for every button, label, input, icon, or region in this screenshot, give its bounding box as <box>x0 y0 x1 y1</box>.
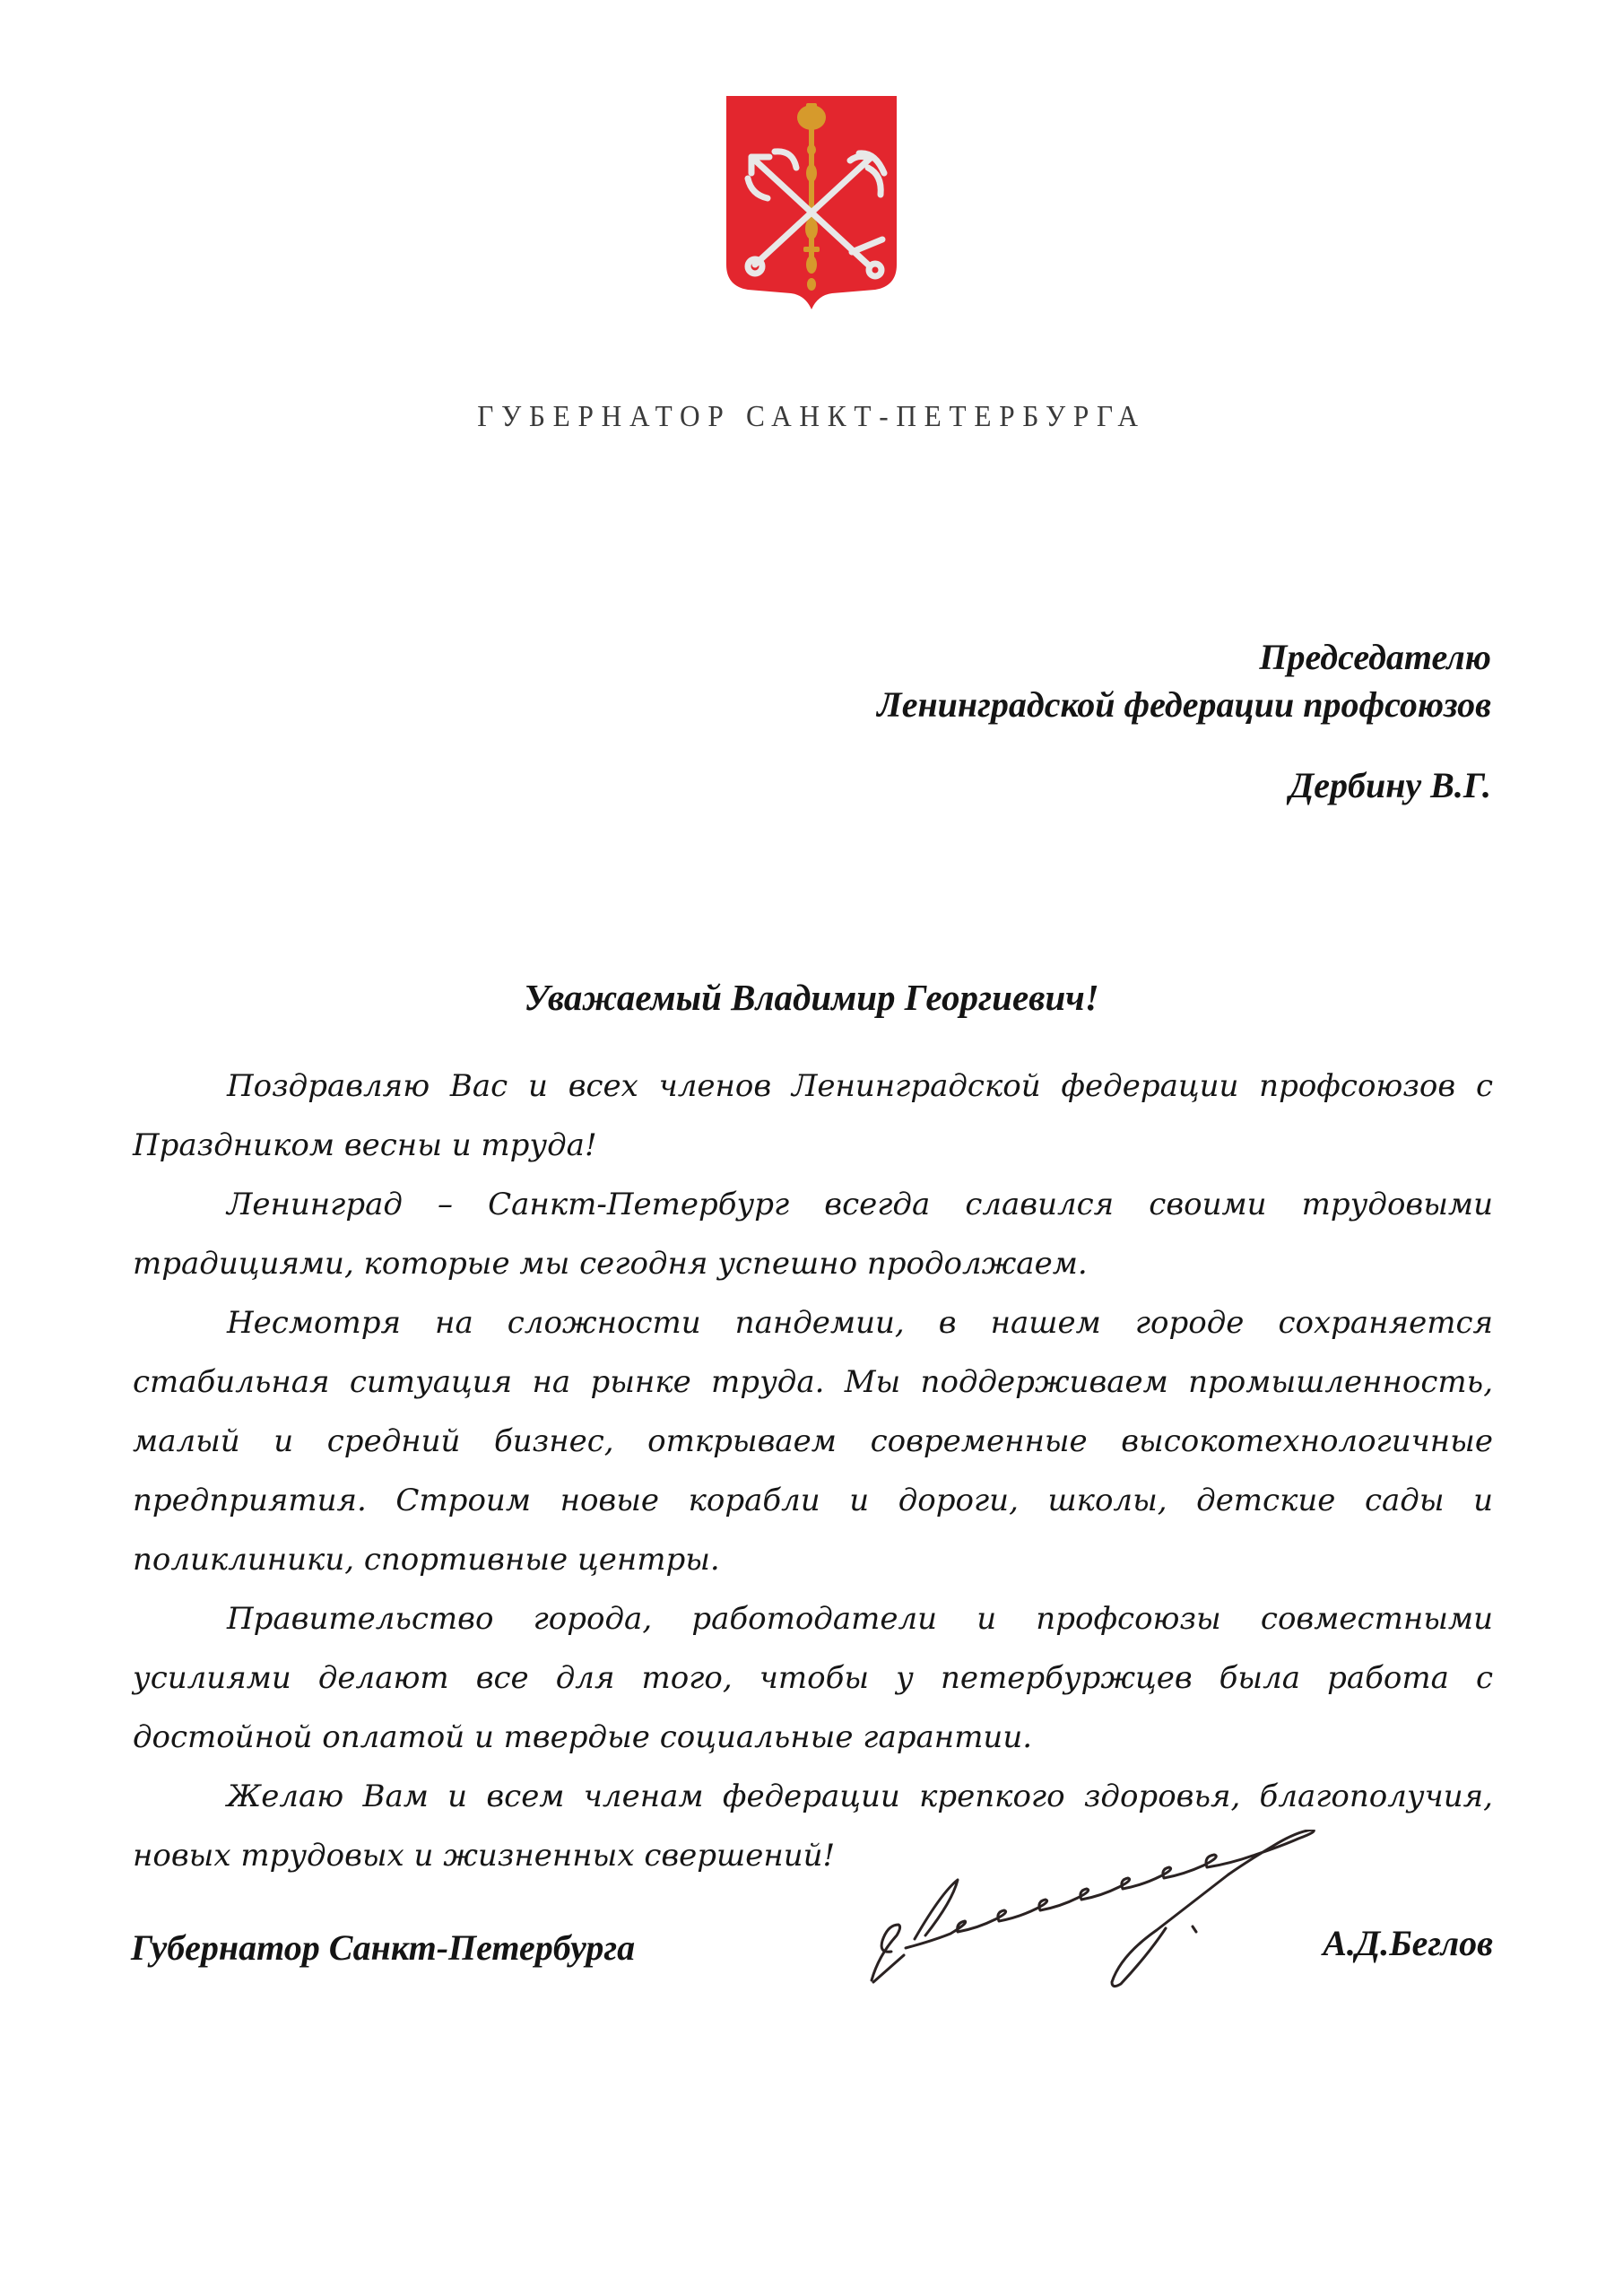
body-paragraph: Правительство города, работодатели и про… <box>133 1589 1493 1767</box>
addressee-name: Дербину В.Г. <box>877 761 1491 809</box>
body-paragraph: Поздравляю Вас и всех членов Ленинградск… <box>133 1057 1493 1175</box>
signatory-title: Губернатор Санкт-Петербурга <box>131 1926 635 1969</box>
coat-of-arms-icon <box>725 94 898 311</box>
salutation: Уважаемый Владимир Георгиевич! <box>0 976 1623 1019</box>
body-paragraph: Желаю Вам и всем членам федерации крепко… <box>133 1767 1493 1885</box>
addressee-organization: Ленинградской федерации профсоюзов <box>877 681 1491 728</box>
letter-body: Поздравляю Вас и всех членов Ленинградск… <box>133 1057 1493 1885</box>
addressee-position: Председателю <box>877 633 1491 681</box>
body-paragraph: Ленинград – Санкт-Петербург всегда слави… <box>133 1175 1493 1293</box>
signatory-name: А.Д.Беглов <box>1323 1922 1493 1964</box>
letter-page: ГУБЕРНАТОР САНКТ-ПЕТЕРБУРГА Председателю… <box>0 0 1623 2296</box>
addressee-block: Председателю Ленинградской федерации про… <box>877 633 1491 809</box>
letterhead-title: ГУБЕРНАТОР САНКТ-ПЕТЕРБУРГА <box>65 400 1558 434</box>
body-paragraph: Несмотря на сложности пандемии, в нашем … <box>133 1293 1493 1589</box>
